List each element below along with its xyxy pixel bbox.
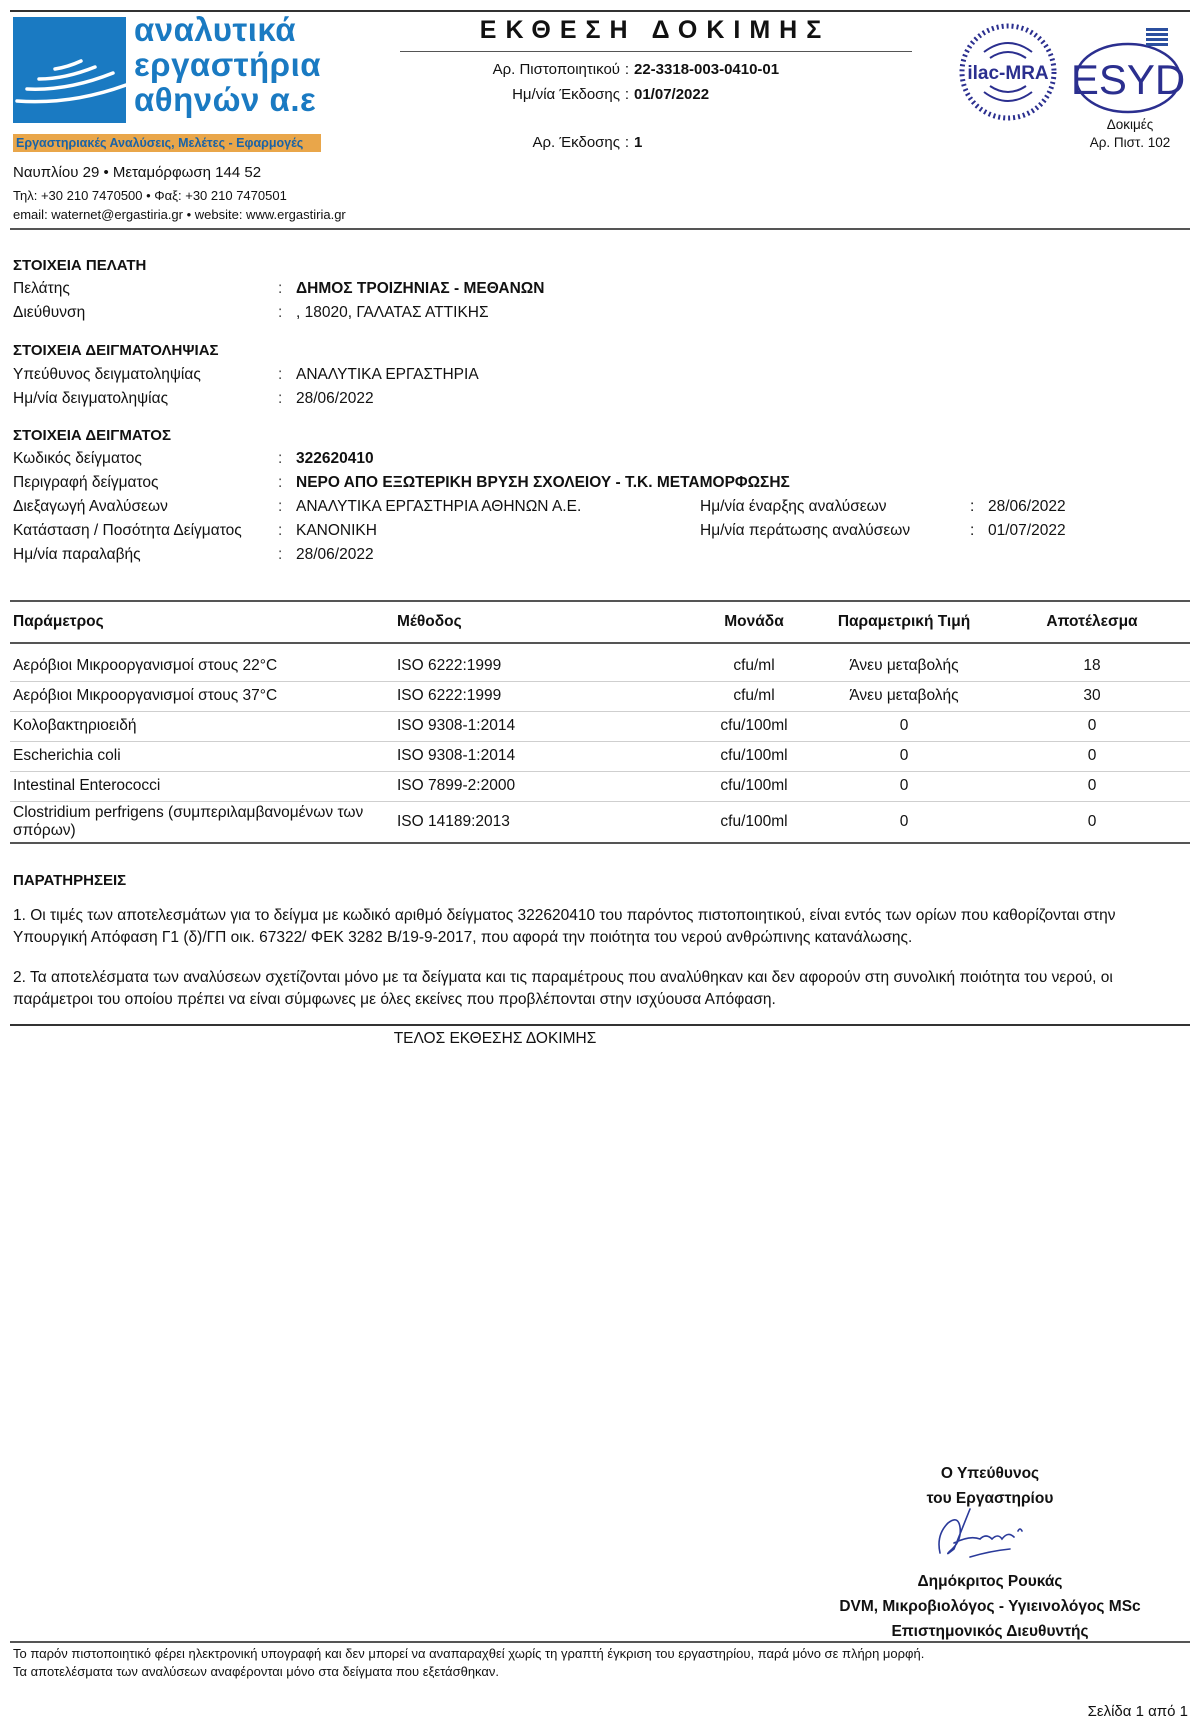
table-row: Αερόβιοι Μικροοργανισμοί στους 22°CISO 6… xyxy=(10,643,1190,681)
issue-date-label: Ημ/νία Έκδοσης xyxy=(400,86,620,103)
cell-unit: cfu/ml xyxy=(694,643,814,681)
remark-1: 1. Οι τιμές των αποτελεσμάτων για το δεί… xyxy=(13,905,1178,949)
cell-method: ISO 6222:1999 xyxy=(394,643,694,681)
signatory-role-1: Ο Υπεύθυνος xyxy=(780,1461,1200,1486)
sample-code-row: Κωδικός δείγματος:322620410 xyxy=(13,450,374,468)
accreditation-caption-line-1: Δοκιμές xyxy=(1080,116,1180,134)
sampling-date-label: Ημ/νία δειγματοληψίας xyxy=(13,390,278,408)
accreditation-caption: Δοκιμές Αρ. Πιστ. 102 xyxy=(1080,116,1180,152)
analysis-performer-label: Διεξαγωγή Αναλύσεων xyxy=(13,498,278,516)
sample-condition-row: Κατάσταση / Ποσότητα Δείγματος:ΚΑΝΟΝΙΚΗ xyxy=(13,522,377,540)
cell-method: ISO 14189:2013 xyxy=(394,801,694,843)
end-of-report-text: ΤΕΛΟΣ ΕΚΘΕΣΗΣ ΔΟΚΙΜΗΣ xyxy=(394,1030,597,1047)
sample-code-value: 322620410 xyxy=(296,450,374,467)
certificate-number: 22-3318-003-0410-01 xyxy=(634,61,779,78)
lab-tagline: Εργαστηριακές Αναλύσεις, Μελέτες - Εφαρμ… xyxy=(13,134,321,152)
table-row: Escherichia coliISO 9308-1:2014cfu/100ml… xyxy=(10,741,1190,771)
sampling-section-title: ΣΤΟΙΧΕΙΑ ΔΕΙΓΜΑΤΟΛΗΨΙΑΣ xyxy=(13,342,219,359)
footer-note-2: Τα αποτελέσματα των αναλύσεων αναφέροντα… xyxy=(13,1664,499,1679)
issue-number-row: Αρ. Έκδοσης:1 xyxy=(400,134,642,151)
waves-icon xyxy=(13,17,126,123)
sample-description-label: Περιγραφή δείγματος xyxy=(13,474,278,492)
logo-line-1: αναλυτικά xyxy=(134,12,321,47)
cell-parametric-value: 0 xyxy=(814,711,994,741)
lab-phones: Τηλ: +30 210 7470500 • Φαξ: +30 210 7470… xyxy=(13,188,287,203)
esyd-logo: ESYD xyxy=(1072,26,1192,120)
header-method: Μέθοδος xyxy=(394,601,694,643)
cell-result: 0 xyxy=(994,741,1190,771)
cell-parameter: Intestinal Enterococci xyxy=(10,771,394,801)
cell-result: 0 xyxy=(994,801,1190,843)
lab-address: Ναυπλίου 29 • Μεταμόρφωση 144 52 xyxy=(13,164,261,181)
cell-unit: cfu/100ml xyxy=(694,711,814,741)
receipt-date-row: Ημ/νία παραλαβής:28/06/2022 xyxy=(13,546,374,564)
logo-line-3: αθηνών α.ε xyxy=(134,82,321,117)
ilac-seal-icon: ilac-MRA xyxy=(956,22,1060,122)
end-rule xyxy=(10,1024,1190,1026)
client-name-row: Πελάτης:ΔΗΜΟΣ ΤΡΟΙΖΗΝΙΑΣ - ΜΕΘΑΝΩΝ xyxy=(13,280,544,298)
issue-number: 1 xyxy=(634,134,642,151)
signatory-name: Δημόκριτος Ρουκάς xyxy=(780,1569,1200,1594)
analysis-end-row: Ημ/νία περάτωσης αναλύσεων:01/07/2022 xyxy=(700,522,1066,540)
sample-condition-label: Κατάσταση / Ποσότητα Δείγματος xyxy=(13,522,278,540)
client-address-value: , 18020, ΓΑΛΑΤΑΣ ΑΤΤΙΚΗΣ xyxy=(296,304,489,321)
client-name-label: Πελάτης xyxy=(13,280,278,298)
cell-unit: cfu/ml xyxy=(694,681,814,711)
signature-icon xyxy=(930,1505,1030,1565)
esyd-seal-icon: ESYD xyxy=(1072,26,1192,120)
analysis-end-label: Ημ/νία περάτωσης αναλύσεων xyxy=(700,522,970,540)
accreditation-caption-line-2: Αρ. Πιστ. 102 xyxy=(1080,134,1180,152)
cell-result: 18 xyxy=(994,643,1190,681)
remarks-title: ΠΑΡΑΤΗΡΗΣΕΙΣ xyxy=(13,872,126,889)
end-of-report: ΤΕΛΟΣ ΕΚΘΕΣΗΣ ΔΟΚΙΜΗΣ xyxy=(0,1030,1200,1048)
cell-unit: cfu/100ml xyxy=(694,771,814,801)
cell-parametric-value: Άνευ μεταβολής xyxy=(814,643,994,681)
cell-result: 0 xyxy=(994,711,1190,741)
results-table: Παράμετρος Μέθοδος Μονάδα Παραμετρική Τι… xyxy=(10,600,1190,844)
cell-method: ISO 6222:1999 xyxy=(394,681,694,711)
table-row: Clostridium perfrigens (συμπεριλαμβανομέ… xyxy=(10,801,1190,843)
cell-parametric-value: Άνευ μεταβολής xyxy=(814,681,994,711)
page-number: Σελίδα 1 από 1 xyxy=(1088,1703,1188,1720)
cell-method: ISO 7899-2:2000 xyxy=(394,771,694,801)
table-row: Intestinal EnterococciISO 7899-2:2000cfu… xyxy=(10,771,1190,801)
lab-logo-text: αναλυτικά εργαστήρια αθηνών α.ε xyxy=(134,12,321,117)
sampling-date-row: Ημ/νία δειγματοληψίας:28/06/2022 xyxy=(13,390,374,408)
cell-method: ISO 9308-1:2014 xyxy=(394,741,694,771)
remark-2: 2. Τα αποτελέσματα των αναλύσεων σχετίζο… xyxy=(13,967,1178,1011)
logo-line-2: εργαστήρια xyxy=(134,47,321,82)
cell-parametric-value: 0 xyxy=(814,801,994,843)
analysis-start-label: Ημ/νία έναρξης αναλύσεων xyxy=(700,498,970,516)
title-rule xyxy=(400,51,912,52)
client-address-row: Διεύθυνση:, 18020, ΓΑΛΑΤΑΣ ΑΤΤΙΚΗΣ xyxy=(13,304,489,322)
cell-parameter: Αερόβιοι Μικροοργανισμοί στους 37°C xyxy=(10,681,394,711)
sampler-value: ΑΝΑΛΥΤΙΚΑ ΕΡΓΑΣΤΗΡΙΑ xyxy=(296,366,479,383)
cell-result: 30 xyxy=(994,681,1190,711)
sampling-date-value: 28/06/2022 xyxy=(296,390,374,407)
sampler-label: Υπεύθυνος δειγματοληψίας xyxy=(13,366,278,384)
svg-text:ESYD: ESYD xyxy=(1072,56,1185,103)
sample-description-row: Περιγραφή δείγματος:ΝΕΡΟ ΑΠΟ ΕΞΩΤΕΡΙΚΗ Β… xyxy=(13,474,790,492)
issue-date: 01/07/2022 xyxy=(634,86,709,103)
certificate-number-row: Αρ. Πιστοποιητικού:22-3318-003-0410-01 xyxy=(400,61,779,78)
signature-image xyxy=(930,1505,1030,1565)
cell-parameter: Clostridium perfrigens (συμπεριλαμβανομέ… xyxy=(10,801,394,843)
client-name-value: ΔΗΜΟΣ ΤΡΟΙΖΗΝΙΑΣ - ΜΕΘΑΝΩΝ xyxy=(296,280,544,297)
analysis-start-value: 28/06/2022 xyxy=(988,498,1066,515)
cell-parametric-value: 0 xyxy=(814,771,994,801)
svg-text:ilac-MRA: ilac-MRA xyxy=(967,63,1049,84)
signatory-qualifications: DVM, Μικροβιολόγος - Υγιεινολόγος MSc xyxy=(780,1594,1200,1619)
analysis-performer-row: Διεξαγωγή Αναλύσεων:ΑΝΑΛΥΤΙΚΑ ΕΡΓΑΣΤΗΡΙΑ… xyxy=(13,498,581,516)
cell-unit: cfu/100ml xyxy=(694,801,814,843)
sampler-row: Υπεύθυνος δειγματοληψίας:ΑΝΑΛΥΤΙΚΑ ΕΡΓΑΣ… xyxy=(13,366,479,384)
analysis-start-row: Ημ/νία έναρξης αναλύσεων:28/06/2022 xyxy=(700,498,1066,516)
header-parametric-value: Παραμετρική Τιμή xyxy=(814,601,994,643)
cell-method: ISO 9308-1:2014 xyxy=(394,711,694,741)
table-row: Αερόβιοι Μικροοργανισμοί στους 37°CISO 6… xyxy=(10,681,1190,711)
issue-date-row: Ημ/νία Έκδοσης:01/07/2022 xyxy=(400,86,709,103)
header-unit: Μονάδα xyxy=(694,601,814,643)
sample-description-value: ΝΕΡΟ ΑΠΟ ΕΞΩΤΕΡΙΚΗ ΒΡΥΣΗ ΣΧΟΛΕΙΟΥ - Τ.Κ.… xyxy=(296,474,790,491)
cell-parameter: Κολοβακτηριοειδή xyxy=(10,711,394,741)
cell-parameter: Αερόβιοι Μικροοργανισμοί στους 22°C xyxy=(10,643,394,681)
receipt-date-value: 28/06/2022 xyxy=(296,546,374,563)
footer-rule xyxy=(10,1641,1190,1643)
certificate-label: Αρ. Πιστοποιητικού xyxy=(400,61,620,78)
header-result: Αποτέλεσμα xyxy=(994,601,1190,643)
sample-condition-value: ΚΑΝΟΝΙΚΗ xyxy=(296,522,377,539)
client-address-label: Διεύθυνση xyxy=(13,304,278,322)
header-parameter: Παράμετρος xyxy=(10,601,394,643)
ilac-mra-logo: ilac-MRA xyxy=(956,22,1060,122)
cell-parameter: Escherichia coli xyxy=(10,741,394,771)
table-row: ΚολοβακτηριοειδήISO 9308-1:2014cfu/100ml… xyxy=(10,711,1190,741)
cell-parametric-value: 0 xyxy=(814,741,994,771)
results-table-header: Παράμετρος Μέθοδος Μονάδα Παραμετρική Τι… xyxy=(10,601,1190,643)
report-title: ΕΚΘΕΣΗ ΔΟΚΙΜΗΣ xyxy=(400,16,910,45)
sample-section-title: ΣΤΟΙΧΕΙΑ ΔΕΙΓΜΑΤΟΣ xyxy=(13,427,171,444)
cell-unit: cfu/100ml xyxy=(694,741,814,771)
lab-contact: email: waternet@ergastiria.gr • website:… xyxy=(13,207,346,222)
client-section-title: ΣΤΟΙΧΕΙΑ ΠΕΛΑΤΗ xyxy=(13,257,146,274)
analysis-end-value: 01/07/2022 xyxy=(988,522,1066,539)
sample-code-label: Κωδικός δείγματος xyxy=(13,450,278,468)
footer-note-1: Το παρόν πιστοποιητικό φέρει ηλεκτρονική… xyxy=(13,1646,924,1661)
lab-logo-mark xyxy=(13,17,126,123)
header-rule xyxy=(10,228,1190,230)
issue-number-label: Αρ. Έκδοσης xyxy=(400,134,620,151)
analysis-performer-value: ΑΝΑΛΥΤΙΚΑ ΕΡΓΑΣΤΗΡΙΑ ΑΘΗΝΩΝ Α.Ε. xyxy=(296,498,581,515)
cell-result: 0 xyxy=(994,771,1190,801)
receipt-date-label: Ημ/νία παραλαβής xyxy=(13,546,278,564)
